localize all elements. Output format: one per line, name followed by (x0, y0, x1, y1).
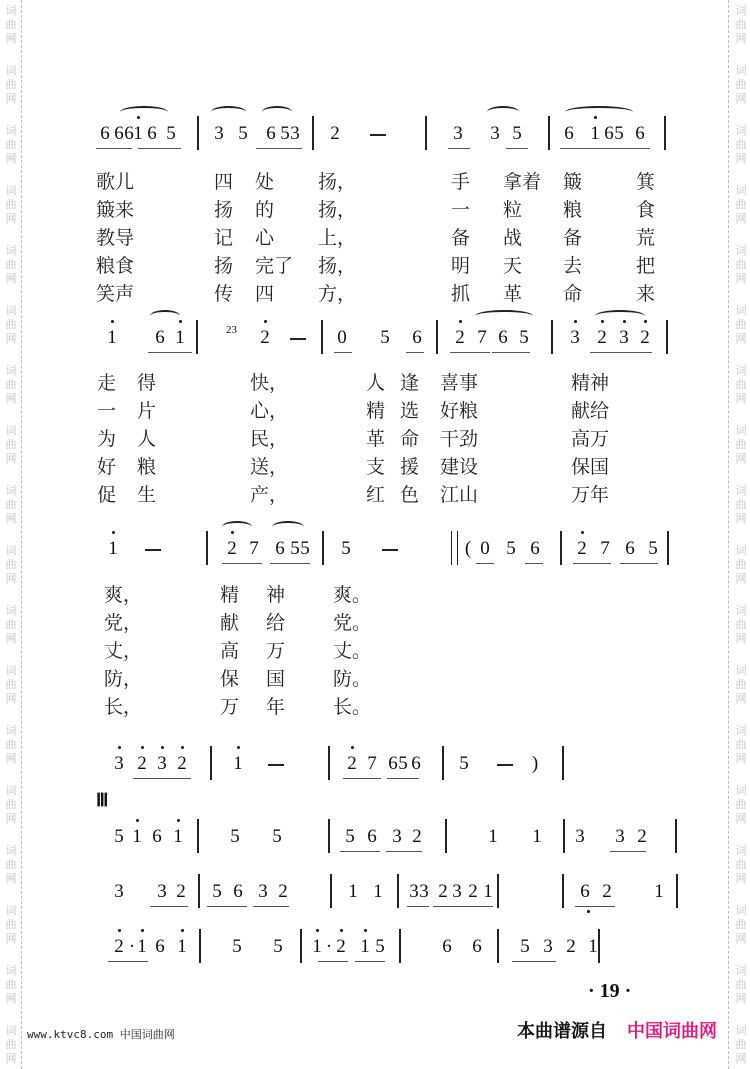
note-digit: · (326, 936, 332, 957)
beam-underline (407, 906, 429, 907)
watermark-char: 网 (6, 92, 17, 106)
watermark-char: 网 (6, 992, 17, 1006)
note: 2 (455, 328, 465, 348)
note: 3 (543, 937, 553, 957)
watermark-char: 网 (736, 152, 747, 166)
note-digit: 1 (360, 936, 370, 957)
watermark-char: 曲 (736, 978, 747, 992)
octave-dot-above (581, 531, 584, 534)
lyric-syllable: 爽， (104, 583, 142, 607)
note: 3 (157, 882, 167, 902)
note: 1 (373, 882, 383, 902)
note: 1 (654, 882, 664, 902)
lyric-verse-5: 促生产，红色江山万年 (0, 483, 750, 507)
lyric-syllable: 红 (366, 483, 385, 507)
note-digit: 2 (330, 123, 340, 144)
barline (664, 116, 666, 150)
note-digit: 1 (590, 123, 600, 144)
note-digit: 6 (411, 753, 421, 774)
note-digit: 2 (412, 826, 422, 847)
note: 5 (290, 539, 300, 559)
note-digit: 3 (615, 826, 625, 847)
note-digit: 2 (278, 881, 288, 902)
note: 6 (604, 124, 614, 144)
lyric-syllable: 箕 (636, 170, 655, 194)
note-digit: 6 (442, 936, 452, 957)
lyric-syllable: 命 (400, 427, 419, 451)
note: 6 (388, 754, 398, 774)
lyric-syllable: 教导 (96, 226, 134, 250)
barline (667, 531, 669, 565)
lyric-syllable: 天 (503, 254, 522, 278)
beam-underline (406, 352, 424, 353)
note: 7 (367, 754, 377, 774)
watermark-char: 词 (6, 4, 17, 18)
note: 5 (459, 754, 469, 774)
watermark-char: 曲 (6, 798, 17, 812)
sustain-dash (370, 134, 386, 136)
note: 5 (272, 827, 282, 847)
note-digit: 6 (233, 881, 243, 902)
watermark-char: 曲 (6, 978, 17, 992)
octave-dot-above (316, 929, 319, 932)
barline (330, 874, 332, 908)
octave-dot-above (177, 819, 180, 822)
lyric-syllable: 丈， (104, 639, 142, 663)
beam-underline (476, 563, 494, 564)
lyric-syllable: 精神 (571, 371, 609, 395)
barline (197, 819, 199, 853)
lyric-syllable: 扬， (318, 254, 356, 278)
note-digit: 5 (166, 123, 176, 144)
note-digit: 5 (398, 753, 408, 774)
note: 5 (300, 539, 310, 559)
barline (598, 929, 600, 963)
note-digit: 5 (506, 538, 516, 559)
score-row-5: 516155563211332 (0, 815, 750, 855)
note-digit: 3 (570, 327, 580, 348)
source-prefix: 本曲谱源自 (517, 1021, 607, 1042)
lyric-syllable: 支 (366, 455, 385, 479)
lyric-syllable: 战 (503, 226, 522, 250)
repeat-paren-close: ) (530, 754, 540, 774)
octave-dot-above (161, 746, 164, 749)
beam-underline (256, 148, 302, 149)
lyric-syllable: 走 (97, 371, 116, 395)
note-digit: 1 (137, 936, 147, 957)
note: 6 (498, 328, 508, 348)
score-row-3: 12765550562765( (0, 527, 750, 567)
lyric-syllable: 选 (400, 399, 419, 423)
note: · (127, 937, 137, 957)
lyric-verse-2: 簸来扬的扬，一粒粮食 (0, 198, 750, 222)
lyric-syllable: 把 (636, 254, 655, 278)
octave-dot-above (181, 746, 184, 749)
lyric-syllable: 人 (137, 427, 156, 451)
lyric-syllable: 爽。 (333, 583, 371, 607)
lyric-syllable: 荒 (636, 226, 655, 250)
watermark-char: 词 (6, 1024, 17, 1038)
note-digit: 2 (468, 881, 478, 902)
note: 0 (480, 539, 490, 559)
note-digit: 3 (409, 881, 419, 902)
lyric-syllable: 防。 (333, 667, 371, 691)
beam-underline (133, 778, 191, 779)
note-digit: 5 (238, 123, 248, 144)
note: 2 (597, 328, 607, 348)
beam-underline (253, 906, 289, 907)
lyric-syllable: 来 (636, 282, 655, 306)
octave-dot-above (136, 819, 139, 822)
lyric-verse-3: 教导记心上，备战备荒 (0, 226, 750, 250)
slur-arc (595, 310, 645, 322)
note-digit: 2 (577, 538, 587, 559)
lyric-syllable: 扬 (214, 198, 233, 222)
note-digit: 6 (152, 826, 162, 847)
lyric-verse-5: 长，万年长。 (0, 695, 750, 719)
watermark-char: 曲 (6, 78, 17, 92)
note: 2 (137, 754, 147, 774)
note: 6 (412, 328, 422, 348)
barline (497, 929, 499, 963)
note-digit: 3 (419, 881, 429, 902)
note-digit: 0 (337, 327, 347, 348)
note: 6 (367, 827, 377, 847)
octave-dot-above (340, 929, 343, 932)
note: 3 (570, 328, 580, 348)
watermark-char: 词 (736, 1024, 747, 1038)
watermark-char: 网 (736, 32, 747, 46)
lyric-syllable: 食 (636, 198, 655, 222)
note-digit: 5 (380, 327, 390, 348)
note: 6 (233, 882, 243, 902)
sustain-dash (290, 338, 306, 340)
lyric-syllable: 建设 (440, 455, 478, 479)
watermark-char: 曲 (736, 18, 747, 32)
lyric-verse-5: 笑声传四方，抓革命来 (0, 282, 750, 306)
beam-underline (108, 961, 148, 962)
note-digit: 7 (367, 753, 377, 774)
note: 1 (107, 328, 117, 348)
lyric-syllable: 一 (451, 198, 470, 222)
note: 6 (152, 827, 162, 847)
lyric-syllable: 干劲 (440, 427, 478, 451)
note-digit: 6 (635, 123, 645, 144)
note: 2 (602, 882, 612, 902)
source-credit: 本曲谱源自中国词曲网 (517, 1017, 717, 1043)
slur-arc (475, 310, 533, 322)
watermark-char: 网 (6, 32, 17, 46)
watermark-char: 词 (736, 784, 747, 798)
octave-dot-above (141, 746, 144, 749)
watermark-group: 词曲网 (3, 1024, 19, 1066)
note-digit: 1 (488, 826, 498, 847)
note: 3 (258, 882, 268, 902)
lyric-syllable: 扬 (214, 254, 233, 278)
beam-underline (610, 851, 646, 852)
lyric-syllable: 防， (104, 667, 142, 691)
note: 3 (114, 882, 124, 902)
lyric-syllable: 为 (97, 427, 116, 451)
note: 5 (238, 124, 248, 144)
note: 7 (477, 328, 487, 348)
lyric-syllable: 粒 (503, 198, 522, 222)
beam-underline (222, 563, 262, 564)
note-digit: 7 (477, 327, 487, 348)
note: 6 (155, 328, 165, 348)
note: 2 (412, 827, 422, 847)
note: 1 (175, 328, 185, 348)
barline (562, 874, 564, 908)
note-digit: 6 (564, 123, 574, 144)
note-digit: 2 (640, 327, 650, 348)
octave-dot-above (364, 929, 367, 932)
watermark-group: 词曲网 (733, 64, 749, 106)
note-digit: 3 (490, 123, 500, 144)
lyric-verse-4: 防，保国防。 (0, 667, 750, 691)
beam-underline (148, 352, 192, 353)
note-digit: 5 (273, 936, 283, 957)
note-digit: 5 (375, 936, 385, 957)
note-digit: 1 (483, 881, 493, 902)
note-digit: 6 (114, 123, 124, 144)
repeat-paren-open: ( (463, 539, 473, 559)
note-digit: 5 (230, 826, 240, 847)
note-digit: 2 (260, 327, 270, 348)
sustain-dash (145, 549, 161, 551)
lyric-syllable: 长。 (333, 695, 371, 719)
note: 2 (177, 754, 187, 774)
note: 1 (532, 827, 542, 847)
note: 5 (512, 124, 522, 144)
note: 2 (114, 937, 124, 957)
beam-underline (512, 961, 556, 962)
source-brand-link[interactable]: 中国词曲网 (627, 1021, 717, 1042)
note-digit: 6 (155, 936, 165, 957)
watermark-char: 网 (736, 1052, 747, 1066)
note: 3 (619, 328, 629, 348)
note: 2 (227, 539, 237, 559)
section-mark-iii: Ⅲ (96, 790, 108, 811)
score-row-6: 332563211332321621 (0, 870, 750, 910)
beam-underline (318, 961, 348, 962)
watermark-char: 词 (736, 64, 747, 78)
lyric-syllable: 给 (266, 611, 285, 635)
lyric-syllable: 万年 (571, 483, 609, 507)
lyric-syllable: 高 (220, 639, 239, 663)
lyric-syllable: 逢 (400, 371, 419, 395)
octave-dot-above (237, 746, 240, 749)
note: 3 (392, 827, 402, 847)
barline (197, 116, 199, 150)
note: 6 (266, 124, 276, 144)
note-digit: 0 (480, 538, 490, 559)
lyric-syllable: 色 (400, 483, 419, 507)
note: 5 (232, 937, 242, 957)
barline (425, 116, 427, 150)
note: 6 (580, 882, 590, 902)
lyric-syllable: 粮 (563, 198, 582, 222)
lyric-syllable: 快， (250, 371, 288, 395)
note: 6 (625, 539, 635, 559)
note-digit: 3 (157, 881, 167, 902)
note-digit: 3 (290, 123, 300, 144)
lyric-verse-2: 一片心，精选好粮献给 (0, 399, 750, 423)
beam-underline (96, 148, 132, 149)
note: 1 (488, 827, 498, 847)
note: 0 (337, 328, 347, 348)
sustain-dash (382, 549, 398, 551)
lyric-syllable: 党， (104, 611, 142, 635)
barline (562, 746, 564, 780)
barline (199, 929, 201, 963)
lyric-syllable: 扬， (318, 198, 356, 222)
lyric-syllable: 好粮 (440, 399, 478, 423)
note-digit: 5 (272, 826, 282, 847)
lyric-syllable: 四 (255, 282, 274, 306)
note-digit: 2 (602, 881, 612, 902)
note-digit: 3 (575, 826, 585, 847)
octave-dot-above (118, 746, 121, 749)
barline (442, 746, 444, 780)
note: 3 (290, 124, 300, 144)
note-digit: 5 (512, 123, 522, 144)
watermark-group: 词曲网 (3, 964, 19, 1006)
note: 3 (452, 882, 462, 902)
lyric-syllable: 国 (266, 667, 285, 691)
watermark-group: 词曲网 (3, 4, 19, 46)
note-digit: 2 (137, 753, 147, 774)
lyric-syllable: 手 (451, 170, 470, 194)
note-digit: 5 (345, 826, 355, 847)
barline (497, 874, 499, 908)
note-digit: 1 (108, 538, 118, 559)
note-digit: 5 (648, 538, 658, 559)
note-digit: 5 (114, 826, 124, 847)
lyric-syllable: 心 (255, 226, 274, 250)
lyric-syllable: 完了 (255, 254, 293, 278)
lyric-syllable: 年 (266, 695, 285, 719)
note: 1 (483, 882, 493, 902)
lyric-syllable: 簸来 (96, 198, 134, 222)
note: 1 (312, 937, 322, 957)
lyric-syllable: 援 (400, 455, 419, 479)
lyric-syllable: 好 (97, 455, 116, 479)
barline (210, 746, 212, 780)
note: 2 (468, 882, 478, 902)
watermark-char: 网 (6, 512, 17, 526)
note-digit: 1 (173, 826, 183, 847)
barline (322, 531, 324, 565)
note-digit: 1 (233, 753, 243, 774)
lyric-verse-1: 走得快，人逢喜事精神 (0, 371, 750, 395)
octave-dot-above (264, 320, 267, 323)
sustain-dash (268, 764, 284, 766)
note-digit: 5 (232, 936, 242, 957)
note: 2 (336, 937, 346, 957)
note: 5 (345, 827, 355, 847)
site-url[interactable]: www.ktvc8.com 中国词曲网 (27, 1026, 175, 1042)
note: 5 (519, 328, 529, 348)
watermark-group: 词曲网 (3, 64, 19, 106)
note-digit: 2 (438, 881, 448, 902)
note: 5 (614, 124, 624, 144)
note-digit: 2 (637, 826, 647, 847)
note: · (324, 937, 334, 957)
barline (312, 116, 314, 150)
note-digit: 2 (227, 538, 237, 559)
note: 5 (648, 539, 658, 559)
note: 6 (472, 937, 482, 957)
lyric-syllable: 得 (137, 371, 156, 395)
octave-dot-above (112, 531, 115, 534)
barline (676, 874, 678, 908)
note: 5 (398, 754, 408, 774)
lyric-syllable: 精 (220, 583, 239, 607)
note: 3 (453, 124, 463, 144)
note: 2 (260, 328, 270, 348)
note-digit: 2 (114, 936, 124, 957)
watermark-char: 网 (736, 992, 747, 1006)
note: 1 (137, 937, 147, 957)
lyric-verse-4: 好粮送，支援建设保国 (0, 455, 750, 479)
note: 1 (360, 937, 370, 957)
note: 1 (173, 827, 183, 847)
score-row-1: 66616535653233561656 (0, 112, 750, 152)
barline (300, 929, 302, 963)
beam-underline (560, 148, 650, 149)
beam-underline (138, 148, 181, 149)
lyric-syllable: 民， (250, 427, 288, 451)
note-digit: 6 (147, 123, 157, 144)
note-digit: 5 (341, 538, 351, 559)
note-digit: 3 (214, 123, 224, 144)
lyric-syllable: 万 (220, 695, 239, 719)
octave-dot-above (141, 929, 144, 932)
note: 2 (438, 882, 448, 902)
note-digit: 3 (543, 936, 553, 957)
note: 6 (635, 124, 645, 144)
beam-underline (506, 148, 528, 149)
lyric-syllable: 喜事 (440, 371, 478, 395)
lyric-syllable: 簸 (563, 170, 582, 194)
note-digit: 1 (177, 936, 187, 957)
lyric-verse-3: 为人民，革命干劲高万 (0, 427, 750, 451)
barline (436, 320, 438, 354)
watermark-char: 词 (6, 64, 17, 78)
lyric-syllable: 丈。 (333, 639, 371, 663)
beam-underline (492, 352, 530, 353)
note-digit: 5 (300, 538, 310, 559)
lyric-syllable: 四 (214, 170, 233, 194)
double-barline (451, 531, 458, 565)
note-digit: 6 (275, 538, 285, 559)
watermark-char: 曲 (736, 1038, 747, 1052)
lyric-syllable: 片 (137, 399, 156, 423)
beam-underline (355, 961, 385, 962)
page-number: · 19 · (588, 980, 631, 1003)
note: 1 (233, 754, 243, 774)
note-digit: 1 (348, 881, 358, 902)
note-digit: 3 (619, 327, 629, 348)
note-digit: 6 (367, 826, 377, 847)
watermark-char: 词 (6, 724, 17, 738)
octave-dot-above (111, 320, 114, 323)
note: 6 (564, 124, 574, 144)
lyric-syllable: 保 (220, 667, 239, 691)
lyric-syllable: 方， (318, 282, 356, 306)
beam-underline (340, 851, 380, 852)
